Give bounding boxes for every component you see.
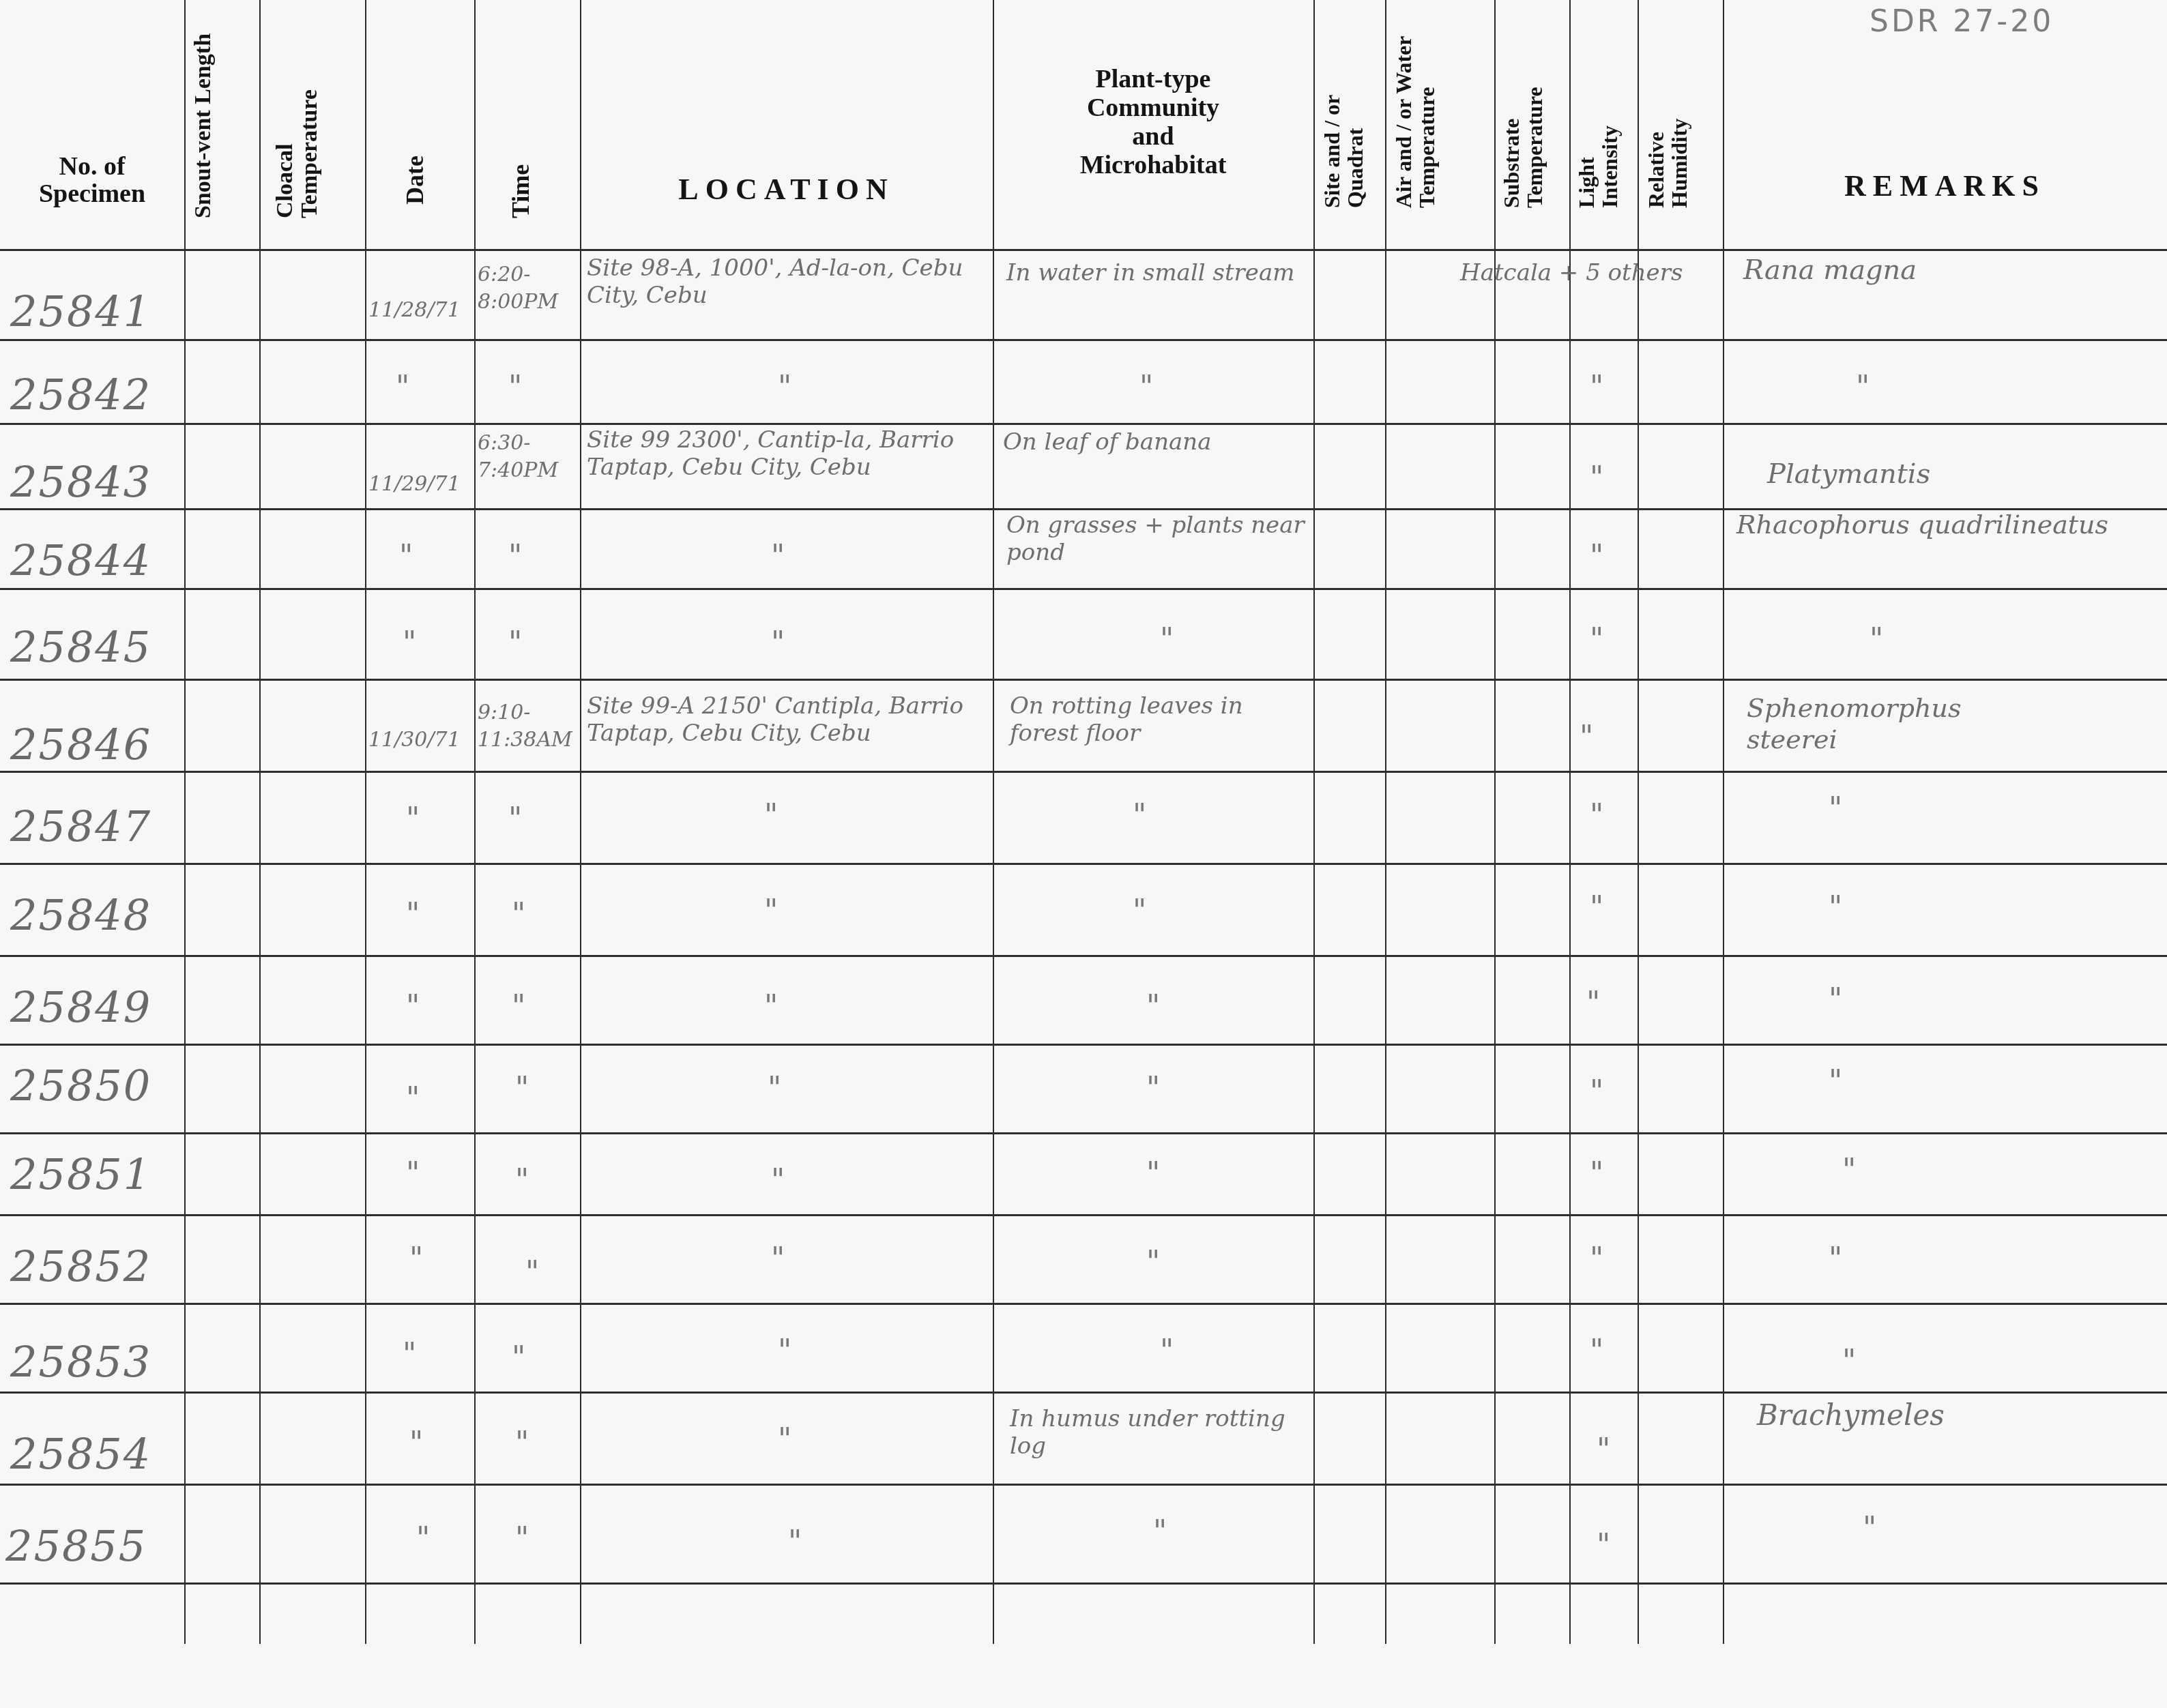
light-intensity-cell: ": [1590, 539, 1603, 574]
table-row: 25849 " " " " " ": [0, 955, 2167, 1044]
light-intensity-cell: ": [1590, 622, 1603, 657]
specimen-number: 25855: [5, 1521, 147, 1571]
remarks-cell: ": [1829, 890, 1842, 925]
time-cell: ": [525, 1255, 539, 1290]
location-cell: ": [764, 894, 778, 928]
time-cell: ": [508, 539, 522, 574]
table-row: 25855 " " " " " ": [0, 1484, 2167, 1582]
location-cell: ": [771, 1241, 785, 1276]
header-air-water-temperature: Air and / or Water Temperature: [1392, 10, 1438, 208]
table-row-empty: [0, 1582, 2167, 1644]
time-cell: ": [512, 989, 525, 1024]
time-cell: ": [508, 801, 522, 836]
specimen-number: 25842: [10, 370, 151, 419]
habitat-cell: On rotting leaves in forest floor: [1010, 692, 1310, 747]
header-date: Date: [403, 156, 428, 205]
time-cell: ": [515, 1521, 529, 1556]
header-plant-type: Plant-type Community and Microhabitat: [993, 65, 1313, 179]
table-row: 25854 " " " In humus under rotting log "…: [0, 1392, 2167, 1484]
date-cell: ": [403, 625, 416, 660]
table-row: 25841 11/28/71 6:20- 8:00PM Site 98-A, 1…: [0, 249, 2167, 339]
time-cell: 9:10- 11:38AM: [478, 699, 580, 754]
habitat-cell: ": [1160, 1334, 1174, 1368]
specimen-number: 25849: [10, 982, 151, 1032]
remarks-cell: Rhacophorus quadrilineatus: [1736, 508, 2119, 541]
light-intensity-cell: ": [1590, 1241, 1603, 1276]
field-data-sheet: SDR 27-20 No. of Specimen Snout-vent Len…: [0, 0, 2167, 1708]
date-cell: 11/28/71: [368, 297, 461, 324]
remarks-cell: Brachymeles: [1757, 1402, 1945, 1429]
header-location: LOCATION: [580, 174, 993, 205]
location-cell: ": [764, 798, 778, 833]
light-intensity-cell: ": [1590, 1074, 1603, 1109]
date-cell: ": [409, 1241, 423, 1276]
habitat-cell: In humus under rotting log: [1010, 1405, 1310, 1460]
table-row: 25842 " " " " " ": [0, 339, 2167, 423]
remarks-cell: ": [1842, 1344, 1856, 1379]
specimen-number: 25841: [10, 286, 151, 336]
specimen-number: 25846: [10, 720, 151, 769]
date-cell: ": [416, 1521, 430, 1556]
location-cell: ": [778, 370, 791, 404]
table-row: 25847 " " " " " ": [0, 771, 2167, 863]
habitat-cell: ": [1133, 894, 1146, 928]
header-plant-type-line: and: [993, 122, 1313, 151]
location-cell: ": [788, 1525, 802, 1559]
header-light-intensity: Light Intensity: [1575, 72, 1621, 208]
time-cell: ": [515, 1163, 529, 1198]
light-intensity-cell: ": [1590, 370, 1603, 404]
header-remarks: REMARKS: [1723, 171, 2167, 202]
light-intensity-cell: ": [1590, 798, 1603, 833]
table-row: 25850 " " " " " ": [0, 1044, 2167, 1132]
light-intensity-cell: ": [1597, 1432, 1610, 1467]
location-cell: ": [771, 625, 785, 660]
time-cell: 6:20- 8:00PM: [478, 261, 580, 316]
time-cell: ": [512, 1340, 525, 1375]
table-row: 25852 " " " " " ": [0, 1214, 2167, 1303]
habitat-cell: On grasses + plants near pond: [1006, 512, 1307, 566]
habitat-cell: ": [1146, 989, 1160, 1024]
time-cell: 6:30- 7:40PM: [478, 430, 580, 484]
date-cell: ": [403, 1337, 416, 1372]
header-time: Time: [508, 164, 534, 218]
specimen-number: 25848: [10, 890, 151, 940]
date-cell: ": [406, 1156, 420, 1191]
date-cell: ": [406, 1081, 420, 1116]
header-plant-type-line: Plant-type: [993, 65, 1313, 93]
habitat-cell: In water in small stream: [1006, 259, 1307, 286]
table-row: 25848 " " " " " ": [0, 863, 2167, 955]
specimen-number: 25844: [10, 535, 151, 585]
date-cell: ": [399, 539, 413, 574]
habitat-cell: On leaf of banana: [1003, 428, 1303, 456]
specimen-number: 25852: [10, 1241, 151, 1291]
date-cell: ": [409, 1426, 423, 1460]
table-row: 25845 " " " " " ": [0, 588, 2167, 679]
remarks-cell: ": [1863, 1511, 1876, 1546]
location-cell: ": [778, 1422, 791, 1457]
light-intensity-cell: ": [1580, 720, 1593, 754]
header-plant-type-line: Community: [993, 93, 1313, 122]
time-cell: ": [515, 1426, 529, 1460]
specimen-number: 25845: [10, 622, 151, 672]
location-cell: Site 99-A 2150' Cantipla, Barrio Taptap,…: [587, 692, 989, 747]
date-cell: 11/30/71: [368, 726, 461, 754]
habitat-cell: ": [1146, 1156, 1160, 1191]
time-cell: ": [515, 1071, 529, 1106]
location-cell: ": [764, 989, 778, 1024]
header-specimen-no: No. of Specimen: [7, 153, 177, 208]
remarks-cell: ": [1870, 622, 1883, 657]
table-row: 25843 11/29/71 6:30- 7:40PM Site 99 2300…: [0, 423, 2167, 508]
light-intensity-cell: ": [1590, 460, 1603, 495]
time-cell: ": [508, 370, 522, 404]
location-cell: Site 99 2300', Cantip-la, Barrio Taptap,…: [587, 426, 989, 481]
date-cell: ": [396, 370, 409, 404]
time-cell: ": [512, 897, 525, 932]
location-cell: ": [771, 1163, 785, 1198]
specimen-number: 25843: [10, 457, 151, 507]
location-cell: ": [771, 539, 785, 574]
date-cell: ": [406, 897, 420, 932]
specimen-number: 25853: [10, 1337, 151, 1387]
remarks-cell: ": [1829, 791, 1842, 826]
header-cloacal-temperature: Cloacal Temperature: [273, 34, 322, 218]
remarks-cell: ": [1856, 370, 1870, 404]
table-row: 25851 " " " " " ": [0, 1132, 2167, 1214]
remarks-cell: ": [1842, 1153, 1856, 1188]
header-snout-vent: Snout-vent Length: [191, 27, 216, 218]
light-intensity-cell: ": [1586, 986, 1600, 1020]
location-cell: ": [768, 1071, 781, 1106]
light-intensity-cell: ": [1597, 1528, 1610, 1563]
habitat-cell: ": [1133, 798, 1146, 833]
light-intensity-cell: ": [1590, 890, 1603, 925]
light-intensity-cell: ": [1590, 1156, 1603, 1191]
remarks-cell: Sphenomorphus steerei: [1747, 692, 1951, 755]
table-row: 25846 11/30/71 9:10- 11:38AM Site 99-A 2…: [0, 679, 2167, 771]
habitat-cell: ": [1146, 1071, 1160, 1106]
date-cell: ": [406, 801, 420, 836]
date-cell: 11/29/71: [368, 471, 461, 498]
habitat-cell: ": [1160, 622, 1174, 657]
table-row: 25853 " " " " " ": [0, 1303, 2167, 1392]
specimen-number: 25854: [10, 1429, 151, 1479]
remarks-cell: ": [1829, 1064, 1842, 1099]
remarks-cell: ": [1829, 982, 1842, 1017]
location-cell: ": [778, 1334, 791, 1368]
date-cell: ": [406, 989, 420, 1024]
habitat-cell: ": [1146, 1245, 1160, 1280]
specimen-number: 25850: [10, 1061, 151, 1110]
header-site-quadrat: Site and / or Quadrat: [1320, 10, 1367, 208]
table-row: 25844 " " " On grasses + plants near pon…: [0, 508, 2167, 588]
light-intensity-cell: ": [1590, 1334, 1603, 1368]
header-relative-humidity: Relative Humidity: [1644, 72, 1691, 208]
location-cell: Site 98-A, 1000', Ad-la-on, Cebu City, C…: [587, 254, 989, 309]
habitat-cell: ": [1139, 370, 1153, 404]
header-substrate-temperature: Substrate Temperature: [1500, 10, 1546, 208]
header-plant-type-line: Microhabitat: [993, 151, 1313, 179]
remarks-cell: ": [1829, 1241, 1842, 1276]
remarks-cell: Platymantis: [1767, 460, 1930, 488]
remarks-cell: Rana magna: [1743, 252, 2030, 288]
reference-code: SDR 27-20: [1870, 4, 2054, 39]
specimen-number: 25851: [10, 1149, 151, 1199]
time-cell: ": [508, 625, 522, 660]
light-intensity-cell: Hatcala + 5 others: [1460, 259, 1706, 286]
specimen-number: 25847: [10, 801, 151, 851]
habitat-cell: ": [1153, 1514, 1167, 1549]
